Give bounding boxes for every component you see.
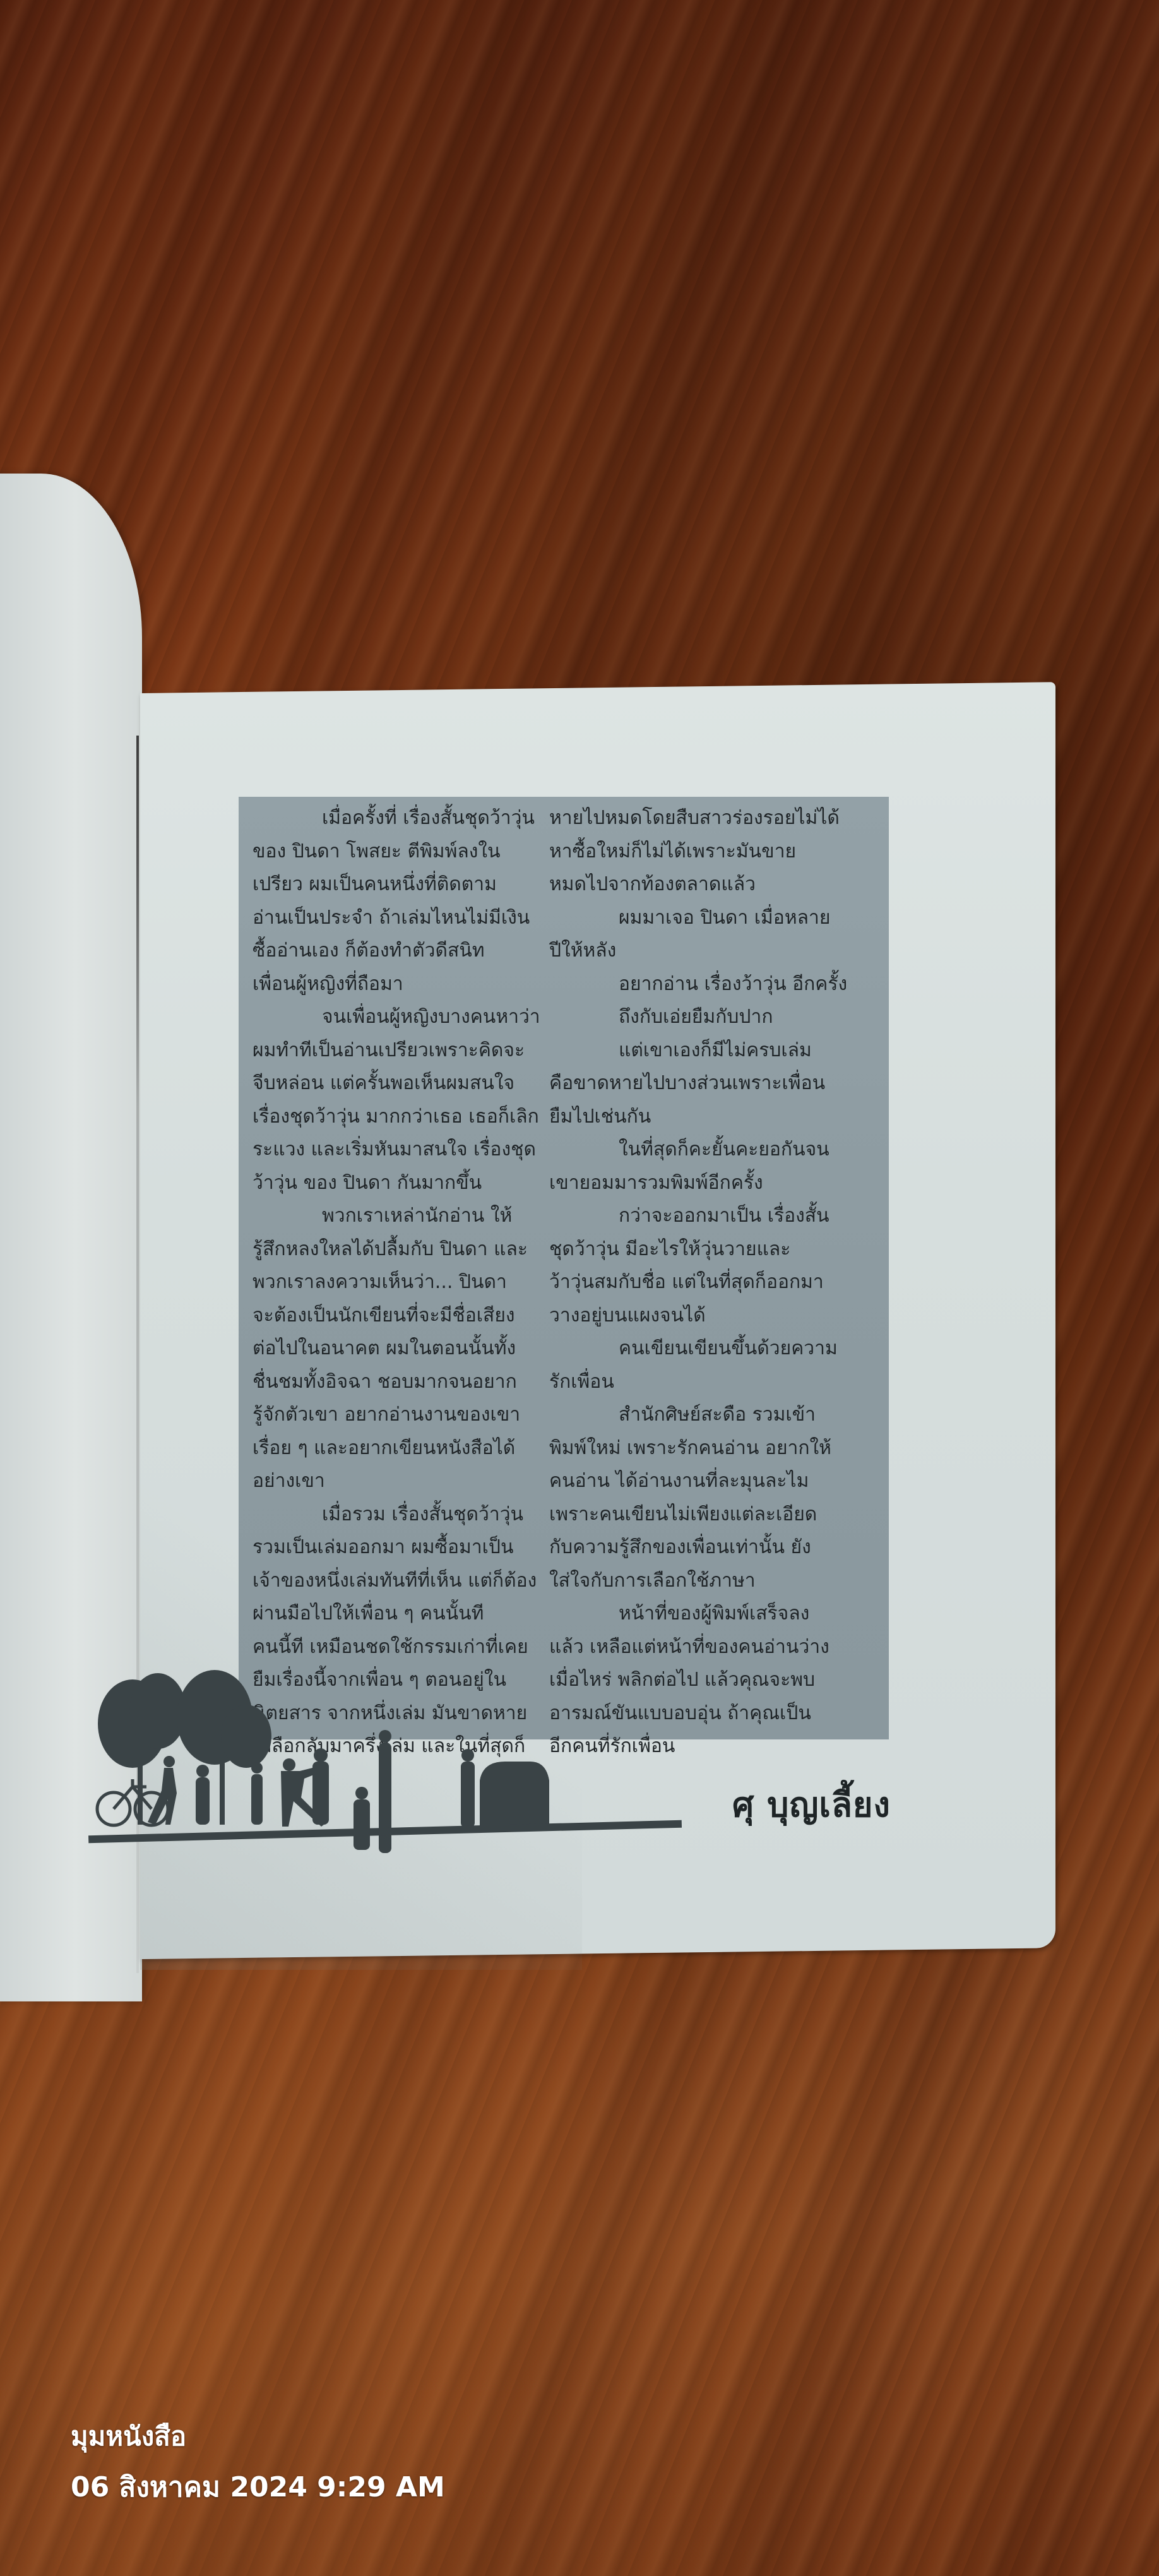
text-line: ถึงกับเอ่ยยืมกับปาก — [549, 1001, 877, 1034]
text-line: จนเพื่อนผู้หญิงบางคนหาว่า — [253, 1001, 556, 1034]
text-line: ผมมาเจอ ปินดา เมื่อหลาย — [549, 902, 877, 935]
left-text-column: เมื่อครั้งที่ เรื่องสั้นชุดว้าวุ่นของ ปิ… — [239, 802, 556, 1763]
text-line: กับความรู้สึกของเพื่อนเท่านั้น ยัง — [549, 1531, 877, 1565]
text-line: ในที่สุดก็คะยั้นคะยอกันจน — [549, 1133, 877, 1167]
text-line: หมดไปจากท้องตลาดแล้ว — [549, 868, 877, 902]
text-line: รวมเป็นเล่มออกมา ผมซื้อมาเป็น — [253, 1531, 556, 1565]
text-line: เรื่อย ๆ และอยากเขียนหนังสือได้ — [253, 1432, 556, 1465]
silhouette-illustration — [88, 1667, 707, 1869]
text-line: จะต้องเป็นนักเขียนที่จะมีชื่อเสียง — [253, 1299, 556, 1333]
text-line: คนเขียนเขียนขึ้นด้วยความ — [549, 1332, 877, 1366]
text-line: ชื่นชมทั้งอิจฉา ชอบมากจนอยาก — [253, 1366, 556, 1399]
text-block: เมื่อครั้งที่ เรื่องสั้นชุดว้าวุ่นของ ปิ… — [239, 797, 889, 1739]
text-line: เมื่อรวม เรื่องสั้นชุดว้าวุ่น — [253, 1498, 556, 1532]
text-line: หายไปหมดโดยสืบสาวร่องรอยไม่ได้ — [549, 802, 877, 835]
text-line: เปรียว ผมเป็นคนหนึ่งที่ติดตาม — [253, 868, 556, 902]
text-line: เรื่องชุดว้าวุ่น มากกว่าเธอ เธอก็เลิก — [253, 1100, 556, 1134]
text-line: ว้าวุ่น ของ ปินดา กันมากขึ้น — [253, 1167, 556, 1200]
text-line: คนนี้ที เหมือนชดใช้กรรมเก่าที่เคย — [253, 1631, 556, 1664]
text-line: ใส่ใจกับการเลือกใช้ภาษา — [549, 1565, 877, 1598]
text-line: ผ่านมือไปให้เพื่อน ๆ คนนั้นที — [253, 1597, 556, 1631]
text-line: ซื้ออ่านเอง ก็ต้องทำตัวดีสนิท — [253, 934, 556, 968]
text-line: แต่เขาเองก็มีไม่ครบเล่ม — [549, 1034, 877, 1068]
text-line: เพราะคนเขียนไม่เพียงแต่ละเอียด — [549, 1498, 877, 1532]
text-line: คือขาดหายไปบางส่วนเพราะเพื่อน — [549, 1067, 877, 1100]
text-line: พิมพ์ใหม่ เพราะรักคนอ่าน อยากให้ — [549, 1432, 877, 1465]
text-line: รู้จักตัวเขา อยากอ่านงานของเขา — [253, 1398, 556, 1432]
text-line: พวกเราเหล่านักอ่าน ให้ — [253, 1200, 556, 1233]
text-line: อย่างเขา — [253, 1465, 556, 1498]
text-line: จีบหล่อน แต่ครั้นพอเห็นผมสนใจ — [253, 1067, 556, 1100]
text-line: ต่อไปในอนาคต ผมในตอนนั้นทั้ง — [253, 1332, 556, 1366]
text-line: เขายอมมารวมพิมพ์อีกครั้ง — [549, 1167, 877, 1200]
author-name: ศุ บุญเลี้ยง — [732, 1777, 891, 1832]
text-line: ของ ปินดา โพสยะ ตีพิมพ์ลงใน — [253, 835, 556, 869]
text-line: กว่าจะออกมาเป็น เรื่องสั้น — [549, 1200, 877, 1233]
text-line: อยากอ่าน เรื่องว้าวุ่น อีกครั้ง — [549, 968, 877, 1001]
text-line: หาซื้อใหม่ก็ไม่ได้เพราะมันขาย — [549, 835, 877, 869]
watermark-datetime: 06 สิงหาคม 2024 9:29 AM — [71, 2465, 445, 2509]
text-line: ยืมไปเช่นกัน — [549, 1100, 877, 1134]
text-line: อ่านเป็นประจำ ถ้าเล่มไหนไม่มีเงิน — [253, 902, 556, 935]
text-line: พวกเราลงความเห็นว่า... ปินดา — [253, 1266, 556, 1299]
text-line: หน้าที่ของผู้พิมพ์เสร็จลง — [549, 1597, 877, 1631]
text-line: ผมทำทีเป็นอ่านเปรียวเพราะคิดจะ — [253, 1034, 556, 1068]
text-line: เจ้าของหนึ่งเล่มทันทีที่เห็น แต่ก็ต้อง — [253, 1565, 556, 1598]
watermark-title: มุมหนังสือ — [71, 2416, 186, 2457]
right-text-column: หายไปหมดโดยสืบสาวร่องรอยไม่ได้หาซื้อใหม่… — [549, 802, 877, 1763]
text-line: ปีให้หลัง — [549, 934, 877, 968]
text-line: ชุดว้าวุ่น มีอะไรให้วุ่นวายและ — [549, 1233, 877, 1267]
text-line: เพื่อนผู้หญิงที่ถือมา — [253, 968, 556, 1001]
text-line: รักเพื่อน — [549, 1366, 877, 1399]
text-line: แล้ว เหลือแต่หน้าที่ของคนอ่านว่าง — [549, 1631, 877, 1664]
text-line: ระแวง และเริ่มหันมาสนใจ เรื่องชุด — [253, 1133, 556, 1167]
text-line: เมื่อครั้งที่ เรื่องสั้นชุดว้าวุ่น — [253, 802, 556, 835]
text-line: สำนักศิษย์สะดือ รวมเข้า — [549, 1398, 877, 1432]
text-line: วางอยู่บนแผงจนได้ — [549, 1299, 877, 1333]
text-line: รู้สึกหลงใหลได้ปลื้มกับ ปินดา และ — [253, 1233, 556, 1267]
text-line: ว้าวุ่นสมกับชื่อ แต่ในที่สุดก็ออกมา — [549, 1266, 877, 1299]
text-line: คนอ่าน ได้อ่านงานที่ละมุนละไม — [549, 1465, 877, 1498]
